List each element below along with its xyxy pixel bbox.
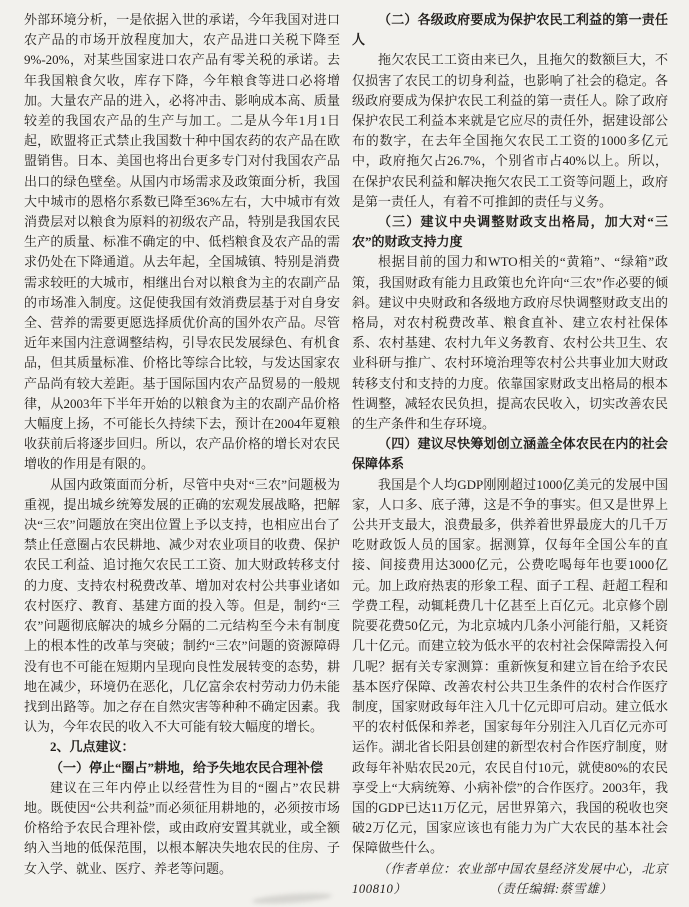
column-left: 外部环境分析，一是依据入世的承诺，今年我国对进口农产品的市场开放程度加大，农产品…: [24, 10, 340, 879]
paragraph-body: 根据目前的国力和WTO相关的“黄箱”、“绿箱”政策，我国财政有能力且政策也允许向…: [352, 252, 668, 434]
document-page: 外部环境分析，一是依据入世的承诺，今年我国对进口农产品的市场开放程度加大，农产品…: [0, 0, 689, 907]
paragraph-heading: （二）各级政府要成为保护农民工利益的第一责任人: [352, 10, 668, 50]
column-right: （二）各级政府要成为保护农民工利益的第一责任人拖欠农民工工资由来已久，且拖欠的数…: [352, 10, 668, 899]
paragraph-body: 外部环境分析，一是依据入世的承诺，今年我国对进口农产品的市场开放程度加大，农产品…: [24, 10, 340, 475]
scan-smudge-artifact: [252, 891, 332, 906]
paragraph-heading: （四）建议尽快筹划创立涵盖全体农民在内的社会保障体系: [352, 434, 668, 474]
paragraph-body: 拖欠农民工工资由来已久，且拖欠的数额巨大，不仅损害了农民工的切身利益，也影响了社…: [352, 50, 668, 212]
paragraph-body: 从国内政策面而分析，尽管中央对“三农”问题极为重视，提出城乡统筹发展的正确的宏观…: [24, 475, 340, 738]
paragraph-heading: 2、几点建议：: [24, 737, 340, 757]
paragraph-body: 我国是个人均GDP刚刚超过1000亿美元的发展中国家，人口多、底子薄，这是不争的…: [352, 475, 668, 859]
paragraph-heading: （一）停止“圈占”耕地，给予失地农民合理补偿: [24, 758, 340, 778]
paragraph-body: 建议在三年内停止以经营性为目的“圈占”农民耕地。既使因“公共利益”而必须征用耕地…: [24, 778, 340, 879]
paragraph-heading: （三）建议中央调整财政支出格局，加大对“三农”的财政支持力度: [352, 212, 668, 252]
